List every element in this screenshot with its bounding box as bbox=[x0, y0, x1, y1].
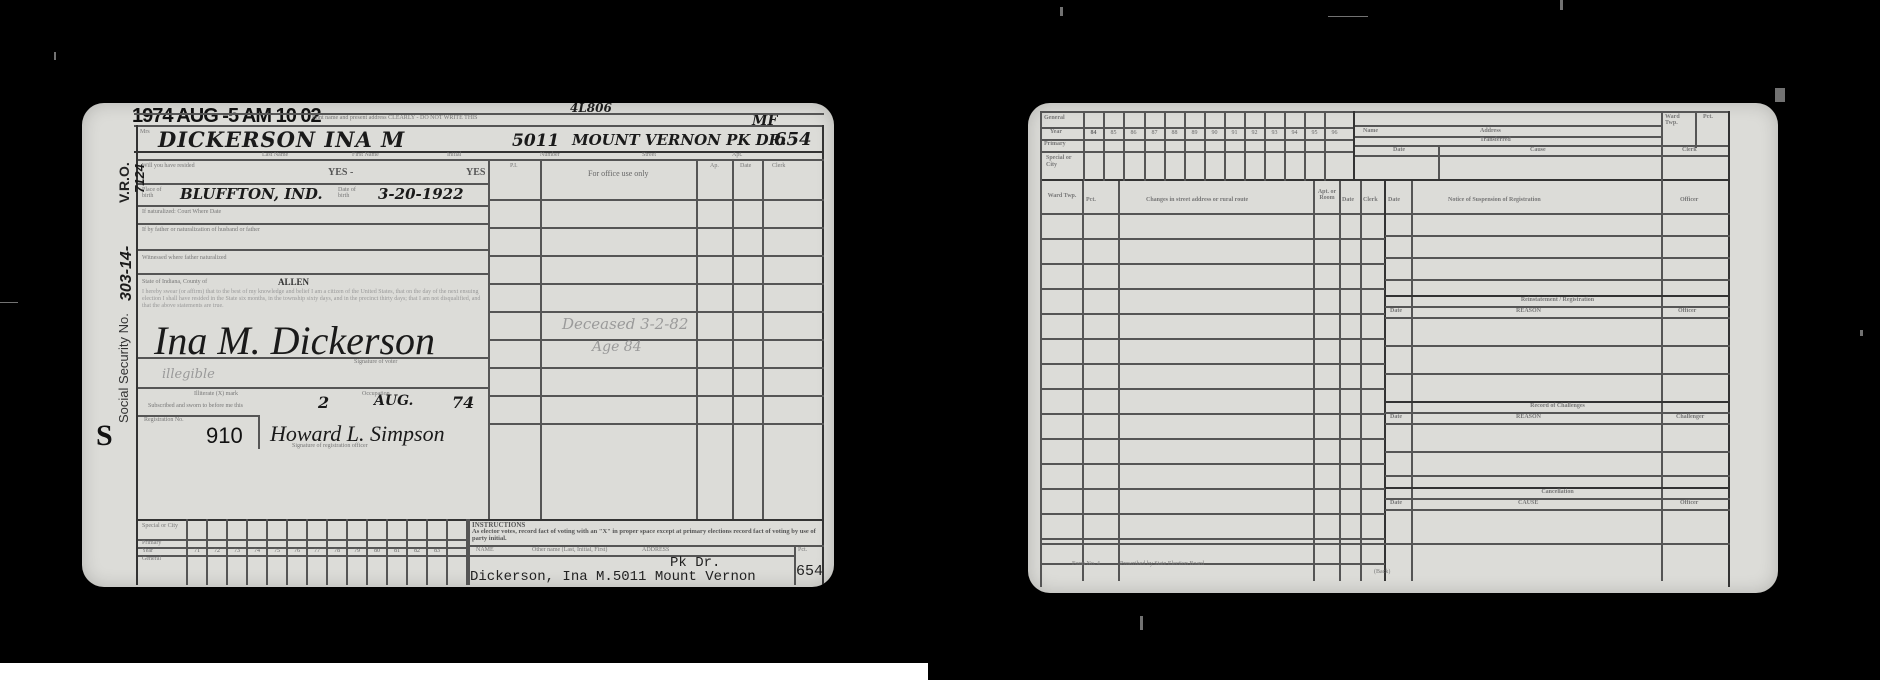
challenges-header-challenger: Challenger bbox=[1676, 414, 1704, 420]
footer-prescribed: Prescribed by State Election Board bbox=[1120, 561, 1204, 567]
back-grid-year: 86 bbox=[1124, 130, 1143, 136]
back-pct-label: Pct. bbox=[1703, 114, 1713, 120]
changes-header-street: Changes in street address or rural route bbox=[1146, 197, 1248, 203]
back-grid-year: 87 bbox=[1145, 130, 1164, 136]
precinct-code-handwritten: 654 bbox=[774, 129, 812, 150]
office-header-pi: P.I. bbox=[510, 163, 518, 169]
cancellation-header-date: Date bbox=[1390, 500, 1402, 506]
grid-year: 77 bbox=[308, 548, 326, 554]
subscribed-day: 2 bbox=[318, 393, 329, 412]
challenges-title: Record of Challenges bbox=[1385, 403, 1730, 409]
age-note: Age 84 bbox=[592, 339, 642, 355]
back-grid-year: 84 bbox=[1084, 130, 1103, 136]
typed-precinct: 654 bbox=[796, 563, 823, 580]
film-scratch bbox=[54, 52, 56, 60]
cancellation-header-cause: CAUSE bbox=[1518, 500, 1538, 506]
grid-year: 74 bbox=[248, 548, 266, 554]
white-margin-strip bbox=[0, 663, 928, 680]
film-scratch bbox=[0, 302, 18, 303]
side-letter: S bbox=[96, 419, 113, 453]
voter-signature-label: Signature of voter bbox=[354, 359, 397, 365]
back-grid-year: 85 bbox=[1104, 130, 1123, 136]
back-grid-label-general: General bbox=[1044, 115, 1065, 121]
back-grid-year: 90 bbox=[1205, 130, 1224, 136]
office-header-ap: Ap. bbox=[710, 163, 719, 169]
registration-no: 910 bbox=[206, 423, 243, 449]
state-county-label: State of Indiana, County of bbox=[142, 279, 207, 285]
back-date-label: Date bbox=[1393, 147, 1405, 153]
naturalization-husband-label: If by father or naturalization of husban… bbox=[142, 227, 260, 233]
footer-form-number: Form No. 4 bbox=[1072, 561, 1100, 567]
ssn-handwritten: 303-14- bbox=[118, 246, 136, 301]
bottom-label-pct: Pct. bbox=[798, 547, 807, 553]
changes-header-date: Date bbox=[1342, 197, 1354, 203]
grid-year: 75 bbox=[268, 548, 286, 554]
grid-year: 71 bbox=[188, 548, 206, 554]
film-scratch bbox=[1775, 88, 1785, 102]
back-grid-year: 96 bbox=[1325, 130, 1344, 136]
oath-text: I hereby swear (or affirm) that to the b… bbox=[142, 289, 482, 310]
grid-year: 78 bbox=[328, 548, 346, 554]
film-scratch bbox=[1860, 330, 1863, 336]
changes-header-ward: Ward Twp. bbox=[1042, 193, 1082, 199]
back-grid-year: 93 bbox=[1265, 130, 1284, 136]
naturalization-label: If naturalized: Court Where Date bbox=[142, 209, 221, 215]
office-header-clerk: Clerk bbox=[772, 163, 785, 169]
witness-pencil: illegible bbox=[162, 367, 215, 382]
back-cause-label: Cause bbox=[1530, 147, 1546, 153]
label-last-name: Last Name bbox=[262, 152, 288, 158]
reinstatement-header-date: Date bbox=[1390, 308, 1402, 314]
footer-back: (Back) bbox=[1374, 569, 1390, 575]
header-instruction: Print name and present address CLEARLY -… bbox=[312, 115, 477, 121]
bottom-label-address: ADDRESS bbox=[642, 547, 669, 553]
address-street: MOUNT VERNON PK DR. bbox=[572, 131, 786, 149]
grid-year: 79 bbox=[348, 548, 366, 554]
notice-header-date: Date bbox=[1388, 197, 1400, 203]
grid-year: 81 bbox=[388, 548, 406, 554]
date-of-birth: 3-20-1922 bbox=[378, 185, 464, 203]
cancellation-title: Cancellation bbox=[1385, 489, 1730, 495]
back-grid-label-year: Year bbox=[1050, 129, 1062, 135]
corner-mark: MF bbox=[752, 113, 777, 129]
back-address-label: Address bbox=[1480, 128, 1501, 134]
back-grid-year: 89 bbox=[1185, 130, 1204, 136]
place-of-birth: BLUFFTON, IND. bbox=[180, 185, 323, 203]
illiterate-label: Illiterate (X) mark bbox=[194, 391, 238, 397]
grid-label-special: Special or City bbox=[142, 523, 178, 529]
registration-card-front: 1974 AUG -5 AM 10 02 Print name and pres… bbox=[82, 103, 834, 587]
challenges-header-reason: REASON bbox=[1516, 414, 1541, 420]
subscribed-label: Subscribed and sworn to before me this bbox=[148, 403, 243, 409]
film-scratch bbox=[1140, 616, 1143, 630]
film-scratch bbox=[1060, 7, 1063, 16]
changes-header-apt: Apt. or Room bbox=[1315, 189, 1339, 201]
grid-year: 80 bbox=[368, 548, 386, 554]
name-prefix: Mrs bbox=[140, 129, 150, 135]
yes-answer-2: YES bbox=[466, 167, 485, 178]
ssn-label: Social Security No. bbox=[116, 313, 131, 423]
grid-year: 83 bbox=[428, 548, 446, 554]
label-first-name: First Name bbox=[352, 152, 379, 158]
instructions-text: As elector votes, record fact of voting … bbox=[472, 528, 818, 542]
date-of-birth-label: Date of birth bbox=[338, 187, 368, 199]
changes-header-clerk: Clerk bbox=[1363, 197, 1378, 203]
reinstatement-header-officer: Officer bbox=[1678, 308, 1696, 314]
witness-label: Witnessed where father naturalized bbox=[142, 255, 227, 261]
challenges-header-date: Date bbox=[1390, 414, 1402, 420]
back-transferred-label: Transferred bbox=[1480, 137, 1511, 143]
subscribed-month: AUG. bbox=[374, 393, 413, 409]
back-name-label: Name bbox=[1363, 128, 1378, 134]
vro-number: 7124 bbox=[132, 164, 147, 193]
back-grid-label-special: Special or City bbox=[1046, 155, 1076, 169]
typed-line-2: Dickerson, Ina M.5011 Mount Vernon bbox=[470, 569, 756, 585]
grid-label-primary: Primary bbox=[142, 540, 161, 546]
office-header-for-office-use: For office use only bbox=[588, 169, 649, 178]
grid-label-year: Year bbox=[142, 548, 153, 554]
changes-header-pct: Pct. bbox=[1086, 197, 1096, 203]
yes-answer-1: YES - bbox=[328, 167, 353, 178]
back-grid-year: 92 bbox=[1245, 130, 1264, 136]
film-scratch bbox=[1328, 16, 1368, 17]
back-grid-year: 91 bbox=[1225, 130, 1244, 136]
office-header-date: Date bbox=[740, 163, 751, 169]
grid-year: 73 bbox=[228, 548, 246, 554]
label-number: Number bbox=[540, 152, 560, 158]
back-ward-twp-label: Ward Twp. bbox=[1665, 114, 1693, 126]
notice-header-officer: Officer bbox=[1680, 197, 1698, 203]
grid-label-general: General bbox=[142, 556, 161, 562]
label-apt: Apt. bbox=[732, 152, 743, 158]
reinstatement-title: Reinstatement / Registration bbox=[1385, 297, 1730, 303]
film-scratch bbox=[1560, 0, 1563, 10]
grid-year: 76 bbox=[288, 548, 306, 554]
back-grid-year: 95 bbox=[1305, 130, 1324, 136]
back-grid-year: 94 bbox=[1285, 130, 1304, 136]
back-grid-year: 88 bbox=[1165, 130, 1184, 136]
cancellation-header-officer: Officer bbox=[1680, 500, 1698, 506]
voter-name-handwritten: DICKERSON INA M bbox=[158, 127, 405, 152]
label-initial: Initial bbox=[447, 152, 461, 158]
bottom-label-other-name: Other name (Last, Initial, First) bbox=[532, 547, 607, 553]
address-number: 5011 bbox=[512, 131, 559, 151]
county: ALLEN bbox=[278, 277, 309, 287]
reinstatement-header-reason: REASON bbox=[1516, 308, 1541, 314]
subscribed-year: 74 bbox=[452, 393, 474, 412]
label-street: Street bbox=[642, 152, 656, 158]
vro-label: V.R.O. bbox=[116, 162, 132, 203]
deceased-note: Deceased 3-2-82 bbox=[562, 315, 688, 333]
citizen-question: Will you have resided bbox=[142, 163, 195, 169]
back-grid-label-primary: Primary bbox=[1044, 141, 1066, 147]
notice-header-title: Notice of Suspension of Registration bbox=[1448, 197, 1541, 203]
grid-year: 72 bbox=[208, 548, 226, 554]
registration-no-label: Registration No. bbox=[144, 417, 184, 423]
registration-card-back: General Year Primary Special or City 84 … bbox=[1028, 103, 1778, 593]
bottom-label-name: NAME bbox=[476, 547, 494, 553]
registrar-signature-label: Signature of registration officer bbox=[292, 443, 368, 449]
grid-year: 82 bbox=[408, 548, 426, 554]
